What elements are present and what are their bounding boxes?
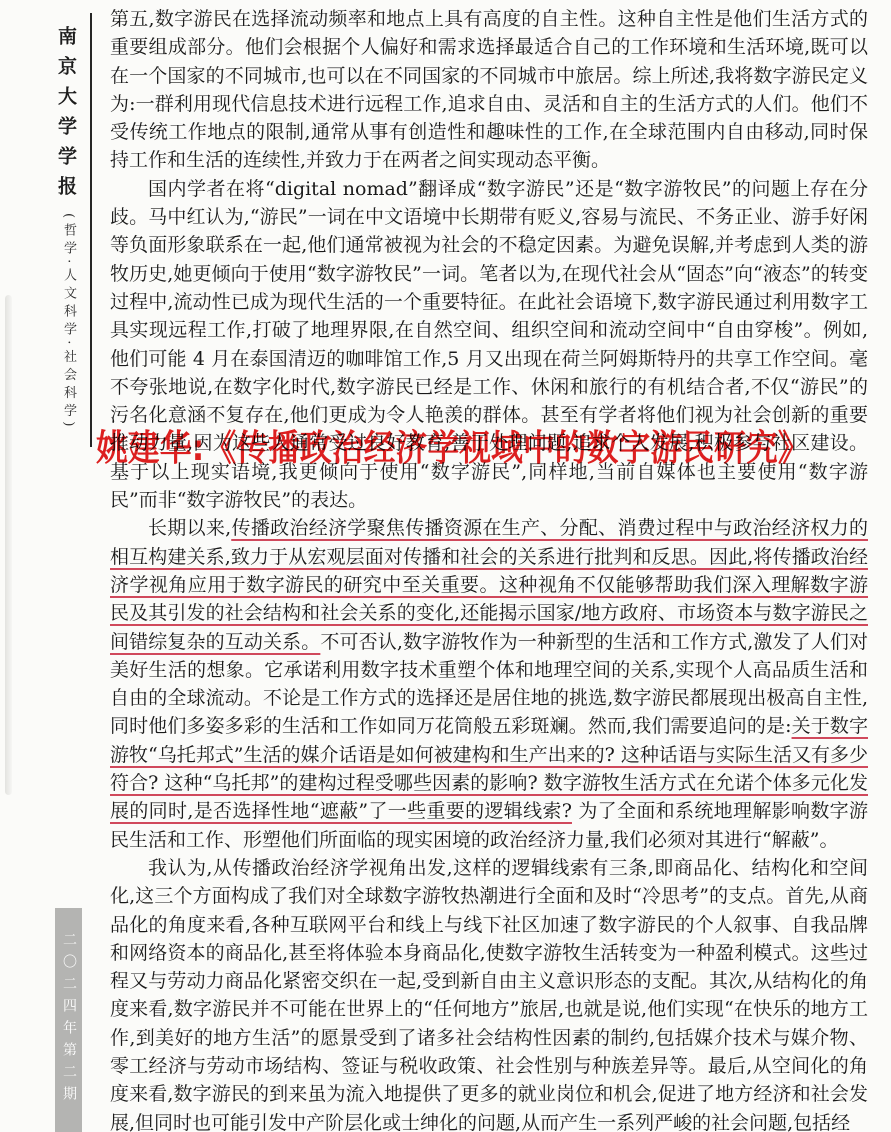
text-segment: 第五,数字游民在选择流动频率和地点上具有高度的自主性。这种自主性是他们生活方式的… — [110, 8, 868, 171]
page-edge-shadow — [5, 295, 12, 795]
issue-badge: 二〇二四年第二期 — [55, 908, 82, 1132]
journal-title: 南京大学学报 — [53, 26, 80, 206]
sidebar-divider — [90, 13, 92, 447]
paragraph: 第五,数字游民在选择流动频率和地点上具有高度的自主性。这种自主性是他们生活方式的… — [110, 5, 868, 175]
text-segment: 我认为,从传播政治经济学视角出发,这样的逻辑线索有三条,即商品化、结构化和空间化… — [110, 857, 868, 1132]
journal-subtitle: (哲学·人文科学·社会科学) — [59, 213, 78, 431]
issue-badge-label: 二〇二四年第二期 — [55, 932, 82, 1108]
text-segment: 长期以来, — [148, 517, 231, 539]
citation-watermark: 姚建华:《传播政治经济学视域中的数字游民研究》 — [96, 420, 810, 471]
paragraph: 长期以来,传播政治经济学聚焦传播资源在生产、分配、消费过程中与政治经济权力的相互… — [110, 514, 868, 854]
article-body: 第五,数字游民在选择流动频率和地点上具有高度的自主性。这种自主性是他们生活方式的… — [110, 5, 868, 1132]
paragraph: 我认为,从传播政治经济学视角出发,这样的逻辑线索有三条,即商品化、结构化和空间化… — [110, 854, 868, 1132]
journal-page: 南京大学学报 (哲学·人文科学·社会科学) 二〇二四年第二期 第五,数字游民在选… — [0, 0, 891, 1132]
